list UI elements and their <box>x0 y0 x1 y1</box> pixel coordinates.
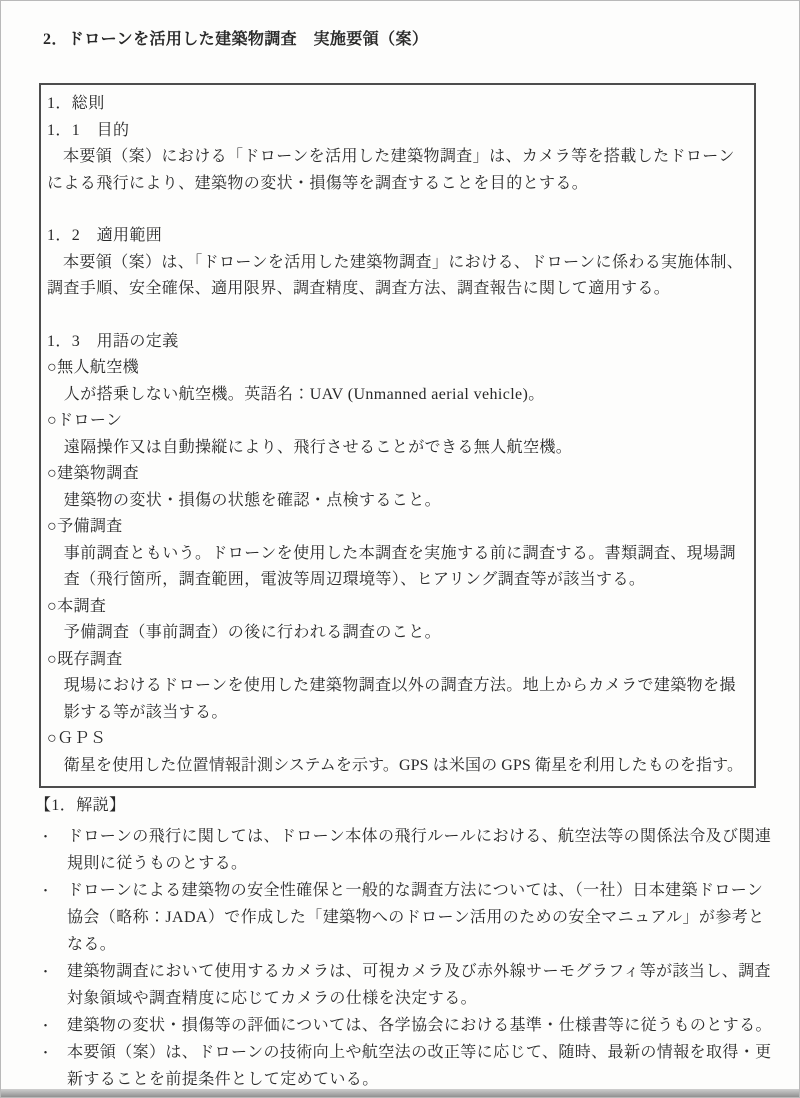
bullet-text: ドローンによる建築物の安全性確保と一般的な調査方法については、（一社）日本建築ド… <box>67 877 777 958</box>
bullet-item: ・ 建築物の変状・損傷等の評価については、各学協会における基準・仕様書等に従うも… <box>35 1012 777 1039</box>
term-definition: 衛星を使用した位置情報計測システムを示す。GPS は米国の GPS 衛星を利用し… <box>47 753 746 780</box>
bullet-marker: ・ <box>35 1039 67 1066</box>
document-title: 2．ドローンを活用した建築物調査 実施要領（案） <box>43 29 769 51</box>
bullet-text: ドローンの飛行に関しては、ドローン本体の飛行ルールにおける、航空法等の関係法令及… <box>67 823 777 877</box>
term-definition: 事前調査ともいう。ドローンを使用した本調査を実施する前に調査する。書類調査、現場… <box>47 541 746 594</box>
term-label: ○ドローン <box>47 408 746 435</box>
term-definition: 予備調査（事前調査）の後に行われる調査のこと。 <box>47 620 746 647</box>
term-item: ○無人航空機 人が搭乗しない航空機。英語名：UAV (Unmanned aeri… <box>47 355 746 408</box>
scope-body: 本要領（案）は、「ドローンを活用した建築物調査」における、ドローンに係わる実施体… <box>47 250 746 303</box>
term-label: ○無人航空機 <box>47 355 746 382</box>
term-label: ○ＧＰＳ <box>47 726 746 753</box>
term-item: ○建築物調査 建築物の変状・損傷の状態を確認・点検すること。 <box>47 461 746 514</box>
section-general-heading: 1．総則 <box>47 91 746 118</box>
section-purpose: 1．1 目的 本要領（案）における「ドローンを活用した建築物調査」は、カメラ等を… <box>47 118 746 198</box>
bullet-text: 本要領（案）は、ドローンの技術向上や航空法の改正等に応じて、随時、最新の情報を取… <box>67 1039 777 1093</box>
terms-heading: 1．3 用語の定義 <box>47 329 746 356</box>
term-label: ○本調査 <box>47 594 746 621</box>
bullet-text: 建築物の変状・損傷等の評価については、各学協会における基準・仕様書等に従うものと… <box>67 1012 777 1039</box>
scanned-document-page: 2．ドローンを活用した建築物調査 実施要領（案） 1．総則 1．1 目的 本要領… <box>0 0 800 1098</box>
commentary-section: 【1．解説】 ・ ドローンの飛行に関しては、ドローン本体の飛行ルールにおける、航… <box>35 792 777 1093</box>
term-label: ○予備調査 <box>47 514 746 541</box>
term-item: ○既存調査 現場におけるドローンを使用した建築物調査以外の調査方法。地上からカメ… <box>47 647 746 727</box>
general-rules-box: 1．総則 1．1 目的 本要領（案）における「ドローンを活用した建築物調査」は、… <box>39 83 756 788</box>
term-definition: 人が搭乗しない航空機。英語名：UAV (Unmanned aerial vehi… <box>47 382 746 409</box>
section-scope: 1．2 適用範囲 本要領（案）は、「ドローンを活用した建築物調査」における、ドロ… <box>47 223 746 303</box>
bullet-item: ・ 建築物調査において使用するカメラは、可視カメラ及び赤外線サーモグラフィ等が該… <box>35 958 777 1012</box>
term-item: ○ＧＰＳ 衛星を使用した位置情報計測システムを示す。GPS は米国の GPS 衛… <box>47 726 746 779</box>
bullet-item: ・ ドローンによる建築物の安全性確保と一般的な調査方法については、（一社）日本建… <box>35 877 777 958</box>
bullet-marker: ・ <box>35 823 67 850</box>
scope-heading: 1．2 適用範囲 <box>47 223 746 250</box>
term-item: ○予備調査 事前調査ともいう。ドローンを使用した本調査を実施する前に調査する。書… <box>47 514 746 594</box>
term-label: ○既存調査 <box>47 647 746 674</box>
term-item: ○本調査 予備調査（事前調査）の後に行われる調査のこと。 <box>47 594 746 647</box>
term-definition: 現場におけるドローンを使用した建築物調査以外の調査方法。地上からカメラで建築物を… <box>47 673 746 726</box>
scan-edge-bar <box>1 1089 799 1097</box>
bullet-text: 建築物調査において使用するカメラは、可視カメラ及び赤外線サーモグラフィ等が該当し… <box>67 958 777 1012</box>
section-terms: 1．3 用語の定義 ○無人航空機 人が搭乗しない航空機。英語名：UAV (Unm… <box>47 329 746 780</box>
purpose-heading: 1．1 目的 <box>47 118 746 145</box>
commentary-heading: 【1．解説】 <box>35 792 777 819</box>
term-item: ○ドローン 遠隔操作又は自動操縦により、飛行させることができる無人航空機。 <box>47 408 746 461</box>
term-definition: 遠隔操作又は自動操縦により、飛行させることができる無人航空機。 <box>47 435 746 462</box>
bullet-item: ・ 本要領（案）は、ドローンの技術向上や航空法の改正等に応じて、随時、最新の情報… <box>35 1039 777 1093</box>
bullet-item: ・ ドローンの飛行に関しては、ドローン本体の飛行ルールにおける、航空法等の関係法… <box>35 823 777 877</box>
bullet-marker: ・ <box>35 958 67 985</box>
term-label: ○建築物調査 <box>47 461 746 488</box>
purpose-body: 本要領（案）における「ドローンを活用した建築物調査」は、カメラ等を搭載したドロー… <box>47 144 746 197</box>
bullet-marker: ・ <box>35 877 67 904</box>
bullet-marker: ・ <box>35 1012 67 1039</box>
term-definition: 建築物の変状・損傷の状態を確認・点検すること。 <box>47 488 746 515</box>
